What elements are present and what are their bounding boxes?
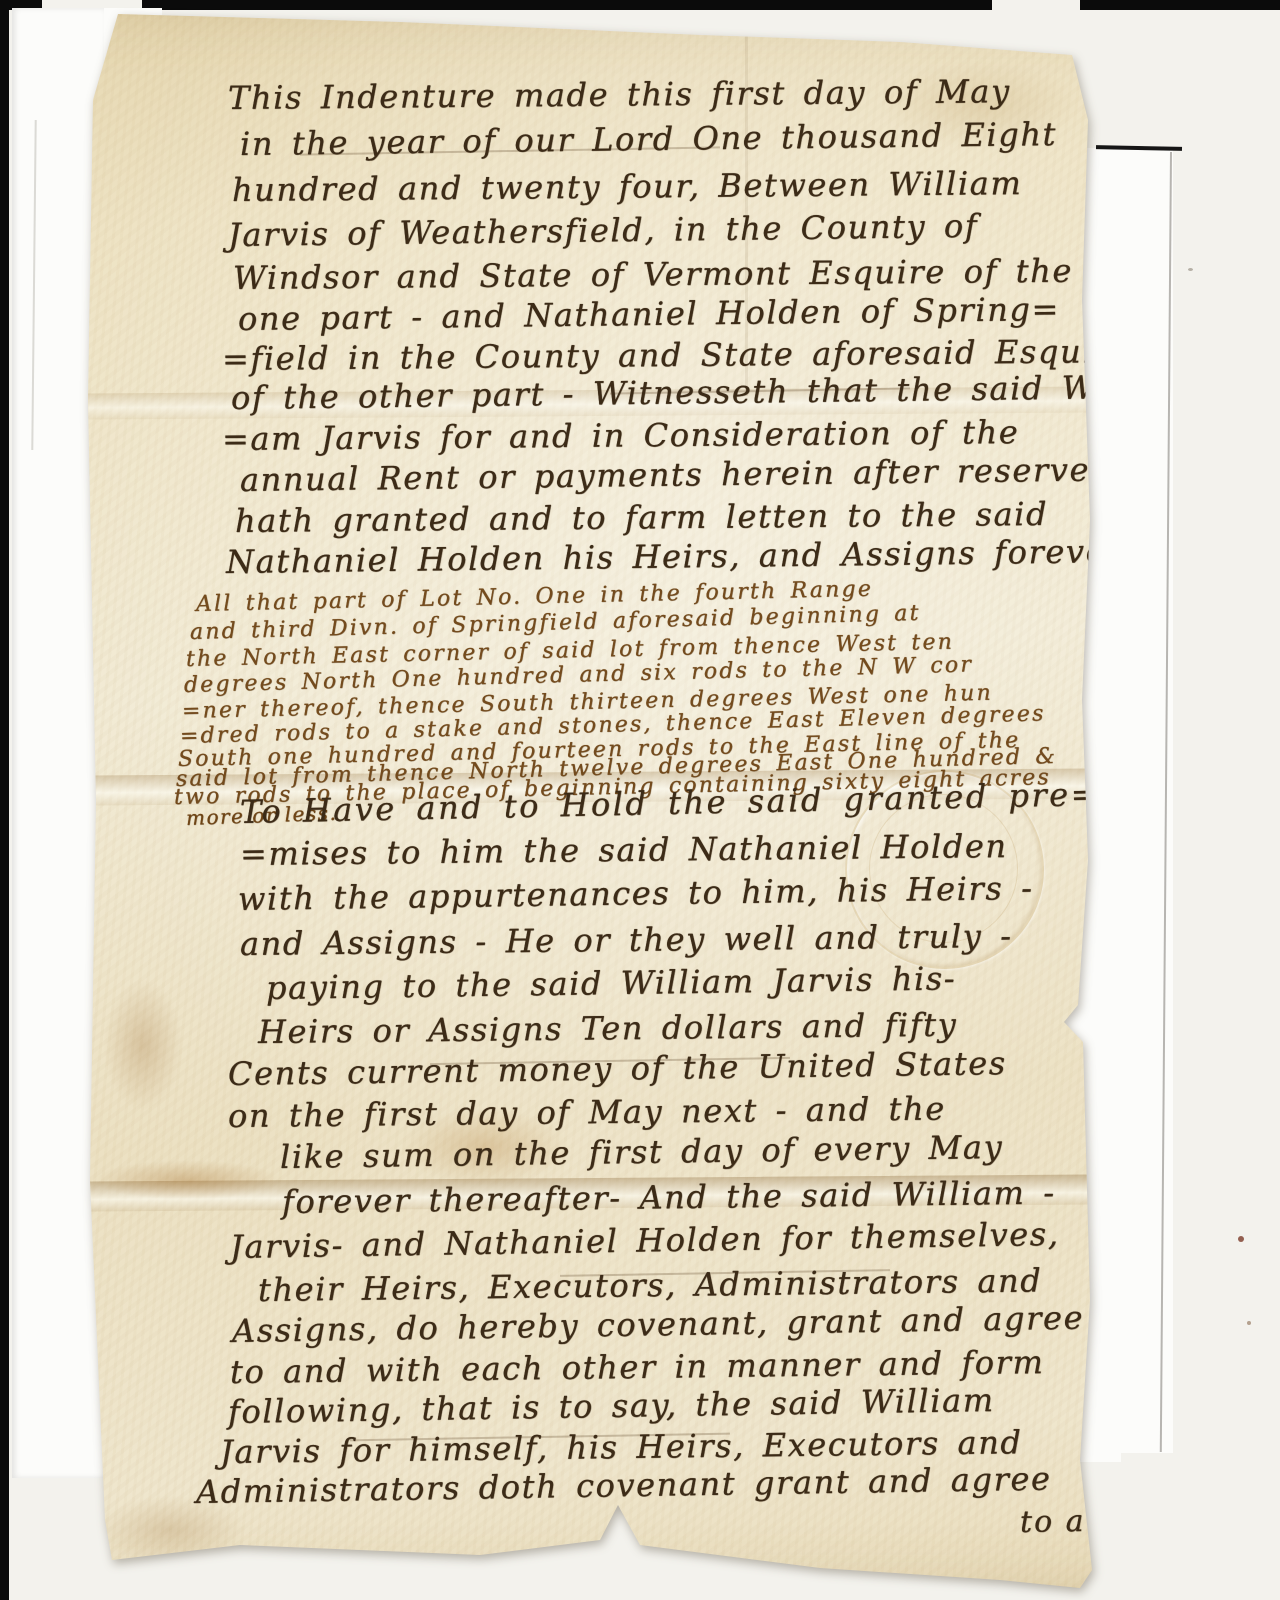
manuscript-line: =mises to him the said Nathaniel Holden xyxy=(240,830,1008,870)
manuscript-line: Nathaniel Holden his Heirs, and Assigns … xyxy=(226,535,1123,578)
manuscript-line: Assigns, do hereby covenant, grant and a… xyxy=(232,1302,1085,1347)
manuscript-line: paying to the said William Jarvis his- xyxy=(266,962,957,1004)
manuscript-line: Windsor and State of Vermont Esquire of … xyxy=(233,255,1073,294)
manuscript-line: Heirs or Assigns Ten dollars and fifty xyxy=(258,1009,958,1048)
manuscript-line: hath granted and to farm letten to the s… xyxy=(235,498,1048,537)
manuscript-line: forever thereafter- And the said William… xyxy=(282,1177,1056,1218)
manuscript-line: on the first day of May next - and the xyxy=(228,1092,946,1132)
manuscript-text: This Indenture made this first day of Ma… xyxy=(0,0,1280,1600)
manuscript-line: Cents current money of the United States xyxy=(228,1047,1007,1090)
manuscript-line: This Indenture made this first day of Ma… xyxy=(228,75,1011,114)
scanned-document: This Indenture made this first day of Ma… xyxy=(0,0,1280,1600)
manuscript-page-wrap: This Indenture made this first day of Ma… xyxy=(0,0,1280,1600)
manuscript-line: Jarvis of Weathersfield, in the County o… xyxy=(228,210,979,251)
manuscript-line: in the year of our Lord One thousand Eig… xyxy=(240,118,1057,160)
manuscript-line: hundred and twenty four, Between William xyxy=(232,167,1023,206)
manuscript-line: and Assigns - He or they well and truly … xyxy=(240,920,1013,960)
manuscript-line: to a xyxy=(1020,1507,1086,1538)
manuscript-page: This Indenture made this first day of Ma… xyxy=(0,0,1280,1600)
manuscript-line: =am Jarvis for and in Consideration of t… xyxy=(222,416,1020,455)
manuscript-line: Jarvis- and Nathaniel Holden for themsel… xyxy=(230,1218,1060,1263)
manuscript-line: with the appurtenances to him, his Heirs… xyxy=(238,872,1034,915)
manuscript-line: one part - and Nathaniel Holden of Sprin… xyxy=(238,293,1060,335)
manuscript-line: of the other part - Witnesseth that the … xyxy=(231,371,1172,414)
manuscript-line: following, that is to say, the said Will… xyxy=(228,1384,995,1428)
manuscript-line: like sum on the first day of every May xyxy=(280,1131,1004,1173)
manuscript-line: their Heirs, Executors, Administrators a… xyxy=(258,1264,1043,1306)
manuscript-line: annual Rent or payments herein after res… xyxy=(240,453,1112,496)
